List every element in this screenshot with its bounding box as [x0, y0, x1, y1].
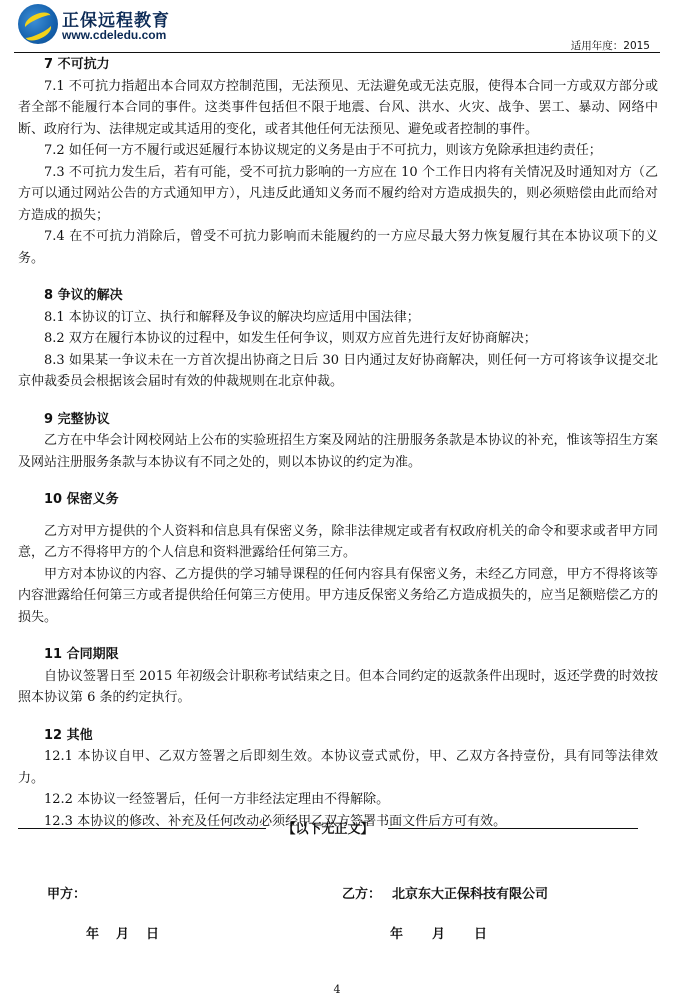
section-title: 8 争议的解决 [18, 285, 658, 307]
clause: 7.2 如任何一方不履行或迟延履行本协议规定的义务是由于不可抗力，则该方免除承担… [18, 140, 658, 162]
party-a-label: 甲方： [47, 883, 86, 902]
clause: 8.1 本协议的订立、执行和解释及争议的解决均应适用中国法律； [18, 307, 658, 329]
clause: 7.1 不可抗力指超出本合同双方控制范围，无法预见、无法避免或无法克服，使得本合… [18, 76, 658, 141]
brand-url: www.cdeledu.com [62, 28, 166, 42]
clause: 7.4 在不可抗力消除后，曾受不可抗力影响而未能履约的一方应尽最大努力恢复履行其… [18, 226, 658, 269]
clause: 12.2 本协议一经签署后，任何一方非经法定理由不得解除。 [18, 789, 658, 811]
end-of-text-marker: 【以下无正文】 [18, 818, 638, 838]
divider-right [388, 828, 638, 829]
section-title: 11 合同期限 [18, 644, 658, 666]
section-title: 12 其他 [18, 725, 658, 747]
clause: 乙方对甲方提供的个人资料和信息具有保密义务，除非法律规定或者有权政府机关的命令和… [18, 521, 658, 564]
party-a-date: 年 月 日 [86, 923, 161, 942]
party-b-label: 乙方： [342, 883, 381, 902]
clause: 7.3 不可抗力发生后，若有可能，受不可抗力影响的一方应在 10 个工作日内将有… [18, 162, 658, 227]
section-title: 10 保密义务 [18, 489, 658, 511]
clause: 甲方对本协议的内容、乙方提供的学习辅导课程的任何内容具有保密义务，未经乙方同意，… [18, 564, 658, 629]
end-marker-text: 【以下无正文】 [268, 818, 388, 837]
clause: 8.3 如果某一争议未在一方首次提出协商之日后 30 日内通过友好协商解决，则任… [18, 350, 658, 393]
divider-left [18, 828, 266, 829]
applicable-year: 适用年度：2015 [571, 38, 650, 53]
party-b-name: 北京东大正保科技有限公司 [392, 883, 548, 902]
party-b-date: 年 月 日 [390, 923, 488, 942]
section-title: 9 完整协议 [18, 409, 658, 431]
page-header: 正保远程教育 www.cdeledu.com 适用年度：2015 [0, 0, 674, 52]
page-number: 4 [0, 983, 674, 996]
cdeledu-logo-icon [18, 4, 58, 44]
clause: 乙方在中华会计网校网站上公布的实验班招生方案及网站的注册服务条款是本协议的补充，… [18, 430, 658, 473]
clause: 12.1 本协议自甲、乙双方签署之后即刻生效。本协议壹式贰份，甲、乙双方各持壹份… [18, 746, 658, 789]
clause: 8.2 双方在履行本协议的过程中，如发生任何争议，则双方应首先进行友好协商解决； [18, 328, 658, 350]
document-body: 7 不可抗力 7.1 不可抗力指超出本合同双方控制范围，无法预见、无法避免或无法… [18, 54, 658, 832]
header-divider [14, 52, 660, 53]
section-title: 7 不可抗力 [18, 54, 658, 76]
clause: 自协议签署日至 2015 年初级会计职称考试结束之日。但本合同约定的返款条件出现… [18, 666, 658, 709]
